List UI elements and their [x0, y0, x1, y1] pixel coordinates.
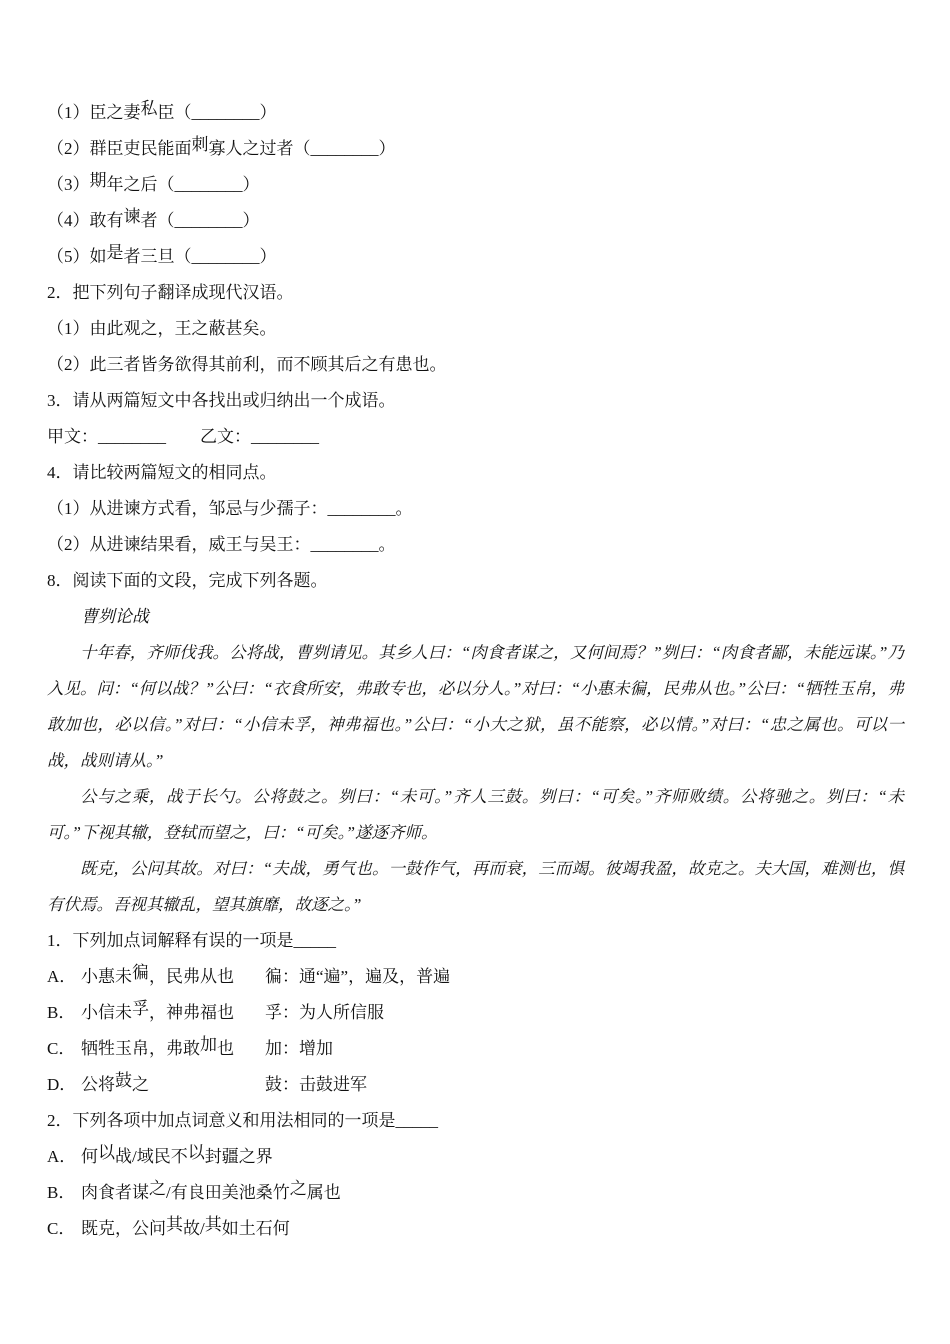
q7-compare-2: （2）从进谏结果看，威王与吴王：________。	[47, 527, 904, 563]
text-segment: 封疆之界	[205, 1147, 273, 1166]
dotted-char: 谏	[124, 207, 141, 226]
exam-text-body: （1）臣之妻私臣（________）（2）群臣吏民能面刺寡人之过者（______…	[0, 0, 950, 1247]
option-letter: C．	[47, 1211, 81, 1247]
text-segment: 公将	[81, 1075, 115, 1094]
text-segment: 加：增加	[265, 1039, 333, 1058]
option-explanation: 孚：为人所信服	[265, 995, 384, 1031]
text-segment: 甲文：________ 乙文：________	[47, 427, 319, 446]
text-segment: 2．下列各项中加点词意义和用法相同的一项是_____	[47, 1111, 438, 1130]
text-segment: ，民弗从也	[149, 967, 234, 986]
text-segment: 者三旦（________）	[124, 247, 277, 266]
text-segment: ，神弗福也	[149, 1003, 234, 1022]
q7-translate-2: （2）此三者皆务欲得其前利，而不顾其后之有患也。	[47, 347, 904, 383]
text-segment: 如土石何	[222, 1219, 290, 1238]
dotted-char: 以	[188, 1143, 205, 1162]
q7-word-item-3: （3）期年之后（________）	[47, 167, 904, 203]
text-segment: 既克，公问其故。对曰：“夫战，勇气也。一鼓作气，再而衰，三而竭。彼竭我盈，故克之…	[47, 859, 904, 914]
text-segment: 既克，公问	[81, 1219, 166, 1238]
text-segment: （4）敢有	[47, 211, 124, 230]
option-explanation: 加：增加	[265, 1031, 333, 1067]
option-phrase: 牺牲玉帛，弗敢加也	[81, 1031, 265, 1067]
text-segment: （5）如	[47, 247, 107, 266]
q7-word-item-5: （5）如是者三旦（________）	[47, 239, 904, 275]
q8-passage-p3: 既克，公问其故。对曰：“夫战，勇气也。一鼓作气，再而衰，三而竭。彼竭我盈，故克之…	[47, 851, 904, 923]
text-segment: 寡人之过者（________）	[209, 139, 396, 158]
q7-word-item-1: （1）臣之妻私臣（________）	[47, 95, 904, 131]
option-letter: A．	[47, 1139, 81, 1175]
text-segment: 小信未	[81, 1003, 132, 1022]
text-segment: 也	[217, 1039, 234, 1058]
q8-passage-p1: 十年春，齐师伐我。公将战，曹刿请见。其乡人曰：“肉食者谋之，又何间焉？”刿曰：“…	[47, 635, 904, 779]
dotted-char: 之	[290, 1179, 307, 1198]
q8-q1-option-c: C．牺牲玉帛，弗敢加也加：增加	[47, 1031, 904, 1067]
option-phrase: 肉食者谋之/有良田美池桑竹之属也	[81, 1175, 341, 1211]
option-explanation: 徧：通“遍”，遍及，普遍	[265, 959, 450, 995]
dotted-char: 其	[205, 1215, 222, 1234]
q8-q1-option-b: B．小信未孚，神弗福也孚：为人所信服	[47, 995, 904, 1031]
text-segment: （1）从进谏方式看，邹忌与少孺子：________。	[47, 499, 413, 518]
q8-q2-option-a: A．何以战/域民不以封疆之界	[47, 1139, 904, 1175]
option-phrase: 小惠未徧，民弗从也	[81, 959, 265, 995]
q7-word-item-2: （2）群臣吏民能面刺寡人之过者（________）	[47, 131, 904, 167]
option-explanation: 鼓：击鼓进军	[265, 1067, 367, 1103]
text-segment: 徧：通“遍”，遍及，普遍	[265, 967, 450, 986]
text-segment: （2）此三者皆务欲得其前利，而不顾其后之有患也。	[47, 355, 447, 374]
text-segment: 鼓：击鼓进军	[265, 1075, 367, 1094]
q8-q2-option-b: B．肉食者谋之/有良田美池桑竹之属也	[47, 1175, 904, 1211]
q8-q2-prompt: 2．下列各项中加点词意义和用法相同的一项是_____	[47, 1103, 904, 1139]
q7-compare-prompt: 4．请比较两篇短文的相同点。	[47, 455, 904, 491]
option-phrase: 小信未孚，神弗福也	[81, 995, 265, 1031]
text-segment: 年之后（________）	[107, 175, 260, 194]
q8-q1-prompt: 1．下列加点词解释有误的一项是_____	[47, 923, 904, 959]
q8-q2-option-c: C．既克，公问其故/其如土石何	[47, 1211, 904, 1247]
dotted-char: 徧	[132, 963, 149, 982]
dotted-char: 私	[141, 99, 158, 118]
text-segment: 公与之乘，战于长勺。公将鼓之。刿曰：“未可。”齐人三鼓。刿曰：“可矣。”齐师败绩…	[47, 787, 904, 842]
text-segment: （1）由此观之，王之蔽甚矣。	[47, 319, 277, 338]
text-segment: 属也	[307, 1183, 341, 1202]
dotted-char: 鼓	[115, 1071, 132, 1090]
q8-q1-option-d: D．公将鼓之鼓：击鼓进军	[47, 1067, 904, 1103]
q8-prompt: 8．阅读下面的文段，完成下列各题。	[47, 563, 904, 599]
text-segment: 故/	[183, 1219, 205, 1238]
q7-translate-prompt: 2．把下列句子翻译成现代汉语。	[47, 275, 904, 311]
dotted-char: 加	[200, 1035, 217, 1054]
dotted-char: 以	[98, 1143, 115, 1162]
text-segment: 8．阅读下面的文段，完成下列各题。	[47, 571, 328, 590]
text-segment: /有良田美池桑竹	[166, 1183, 290, 1202]
q8-passage-title: 曹刿论战	[47, 599, 904, 635]
text-segment: 小惠未	[81, 967, 132, 986]
q7-word-item-4: （4）敢有谏者（________）	[47, 203, 904, 239]
text-segment: 2．把下列句子翻译成现代汉语。	[47, 283, 294, 302]
text-segment: 4．请比较两篇短文的相同点。	[47, 463, 277, 482]
q8-q1-option-a: A．小惠未徧，民弗从也徧：通“遍”，遍及，普遍	[47, 959, 904, 995]
option-letter: B．	[47, 995, 81, 1031]
text-segment: 者（________）	[141, 211, 260, 230]
text-segment: 曹刿论战	[81, 607, 149, 626]
document-page: （1）臣之妻私臣（________）（2）群臣吏民能面刺寡人之过者（______…	[0, 0, 950, 1344]
q7-idiom-blanks: 甲文：________ 乙文：________	[47, 419, 904, 455]
option-letter: D．	[47, 1067, 81, 1103]
text-segment: 战/域民不	[115, 1147, 188, 1166]
option-phrase: 公将鼓之	[81, 1067, 265, 1103]
text-segment: （1）臣之妻	[47, 103, 141, 122]
option-letter: C．	[47, 1031, 81, 1067]
q8-passage-p2: 公与之乘，战于长勺。公将鼓之。刿曰：“未可。”齐人三鼓。刿曰：“可矣。”齐师败绩…	[47, 779, 904, 851]
q7-translate-1: （1）由此观之，王之蔽甚矣。	[47, 311, 904, 347]
text-segment: 孚：为人所信服	[265, 1003, 384, 1022]
text-segment: 之	[132, 1075, 149, 1094]
option-letter: A．	[47, 959, 81, 995]
text-segment: 肉食者谋	[81, 1183, 149, 1202]
dotted-char: 期	[90, 171, 107, 190]
text-segment: 十年春，齐师伐我。公将战，曹刿请见。其乡人曰：“肉食者谋之，又何间焉？”刿曰：“…	[47, 643, 904, 770]
text-segment: 何	[81, 1147, 98, 1166]
option-phrase: 何以战/域民不以封疆之界	[81, 1139, 273, 1175]
text-segment: 牺牲玉帛，弗敢	[81, 1039, 200, 1058]
option-phrase: 既克，公问其故/其如土石何	[81, 1211, 290, 1247]
dotted-char: 是	[107, 243, 124, 262]
dotted-char: 刺	[192, 135, 209, 154]
text-segment: （2）从进谏结果看，威王与吴王：________。	[47, 535, 396, 554]
option-letter: B．	[47, 1175, 81, 1211]
text-segment: （3）	[47, 175, 90, 194]
text-segment: 1．下列加点词解释有误的一项是_____	[47, 931, 336, 950]
dotted-char: 其	[166, 1215, 183, 1234]
q7-compare-1: （1）从进谏方式看，邹忌与少孺子：________。	[47, 491, 904, 527]
dotted-char: 之	[149, 1179, 166, 1198]
text-segment: （2）群臣吏民能面	[47, 139, 192, 158]
text-segment: 3．请从两篇短文中各找出或归纳出一个成语。	[47, 391, 396, 410]
q7-idiom-prompt: 3．请从两篇短文中各找出或归纳出一个成语。	[47, 383, 904, 419]
dotted-char: 孚	[132, 999, 149, 1018]
text-segment: 臣（________）	[158, 103, 277, 122]
